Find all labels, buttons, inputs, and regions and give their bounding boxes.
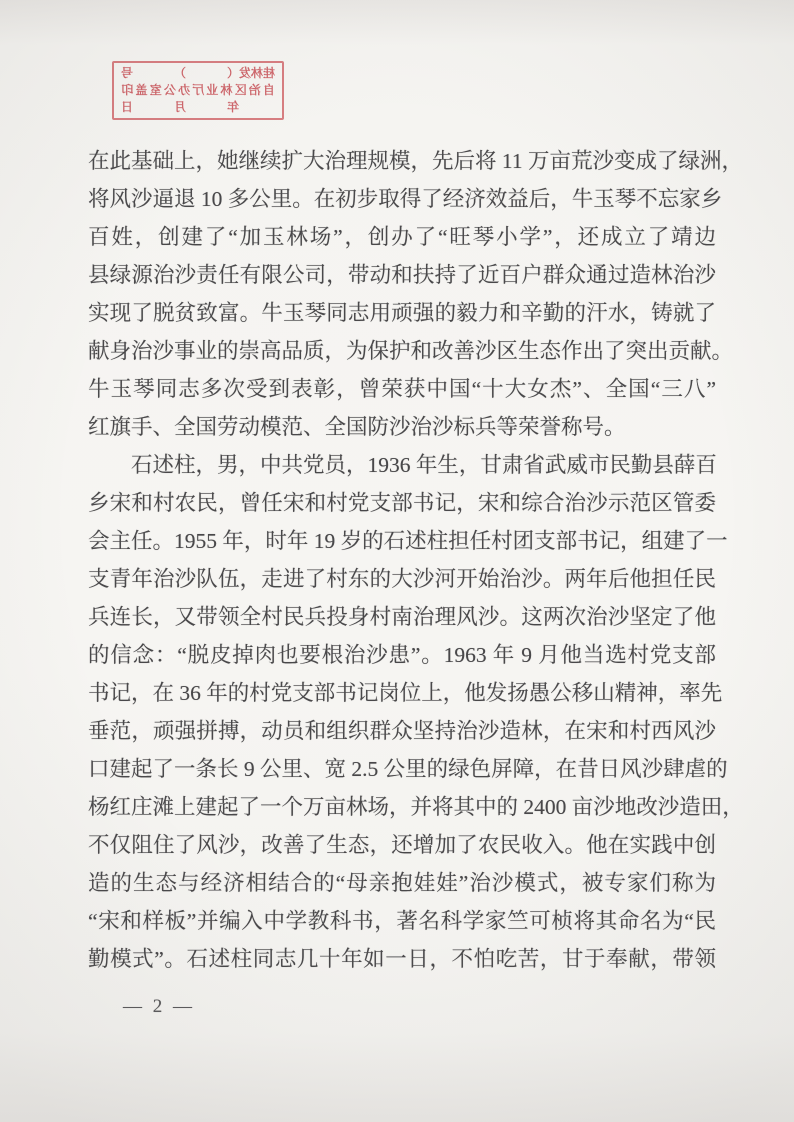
stamp-month-label: 月 xyxy=(174,100,186,114)
text-line: 书记，在 36 年的村党支部书记岗位上，他发扬愚公移山精神，率先 xyxy=(88,674,716,712)
stamp-docnumber-close-paren: ） xyxy=(174,66,186,80)
stamp-content: 桂林发（ ） 号 自治区林业厅办公室盖印 年 月 日 xyxy=(114,63,282,118)
text-line: “宋和样板”并编入中学教科书，著名科学家竺可桢将其命名为“民 xyxy=(88,902,716,940)
stamp-year-label: 年 xyxy=(227,100,239,114)
text-line: 实现了脱贫致富。牛玉琴同志用顽强的毅力和辛勤的汗水，铸就了 xyxy=(88,294,716,332)
text-line: 的信念：“脱皮掉肉也要根治沙患”。1963 年 9 月他当选村党支部 xyxy=(88,636,716,674)
scanned-document-page: 桂林发（ ） 号 自治区林业厅办公室盖印 年 月 日 在此基础上，她继续扩大治理… xyxy=(0,0,794,1122)
text-line: 支青年治沙队伍，走进了村东的大沙河开始治沙。两年后他担任民 xyxy=(88,560,716,598)
stamp-day-label: 日 xyxy=(121,100,133,114)
text-line-paragraph-end: 红旗手、全国劳动模范、全国防沙治沙标兵等荣誉称号。 xyxy=(88,408,716,446)
document-body-text: 在此基础上，她继续扩大治理规模，先后将 11 万亩荒沙变成了绿洲， 将风沙逼退 … xyxy=(88,142,716,978)
stamp-docnumber-suffix: 号 xyxy=(121,66,133,80)
text-line: 口建起了一条长 9 公里、宽 2.5 公里的绿色屏障，在昔日风沙肆虐的 xyxy=(88,750,716,788)
stamp-office-line: 自治区林业厅办公室盖印 xyxy=(121,83,275,97)
text-line: 垂范，顽强拼搏，动员和组织群众坚持治沙造林，在宋和村西风沙 xyxy=(88,712,716,750)
text-line: 将风沙逼退 10 多公里。在初步取得了经济效益后，牛玉琴不忘家乡 xyxy=(88,180,716,218)
text-line: 杨红庄滩上建起了一个万亩林场，并将其中的 2400 亩沙地改沙造田， xyxy=(88,788,716,826)
text-line: 勤模式”。石述柱同志几十年如一日，不怕吃苦，甘于奉献，带领 xyxy=(88,940,716,978)
text-line: 兵连长，又带领全村民兵投身村南治理风沙。这两次治沙坚定了他 xyxy=(88,598,716,636)
text-line: 造的生态与经济相结合的“母亲抱娃娃”治沙模式，被专家们称为 xyxy=(88,864,716,902)
page-number: — 2 — xyxy=(123,996,195,1018)
text-line: 牛玉琴同志多次受到表彰，曾荣获中国“十大女杰”、全国“三八” xyxy=(88,370,716,408)
text-line: 献身治沙事业的崇高品质，为保护和改善沙区生态作出了突出贡献。 xyxy=(88,332,716,370)
stamp-docnumber-line: 桂林发（ ） 号 xyxy=(121,66,275,80)
stamp-docnumber-prefix: 桂林发（ xyxy=(227,66,275,80)
text-line: 会主任。1955 年，时年 19 岁的石述柱担任村团支部书记，组建了一 xyxy=(88,522,716,560)
text-line: 在此基础上，她继续扩大治理规模，先后将 11 万亩荒沙变成了绿洲， xyxy=(88,142,716,180)
text-line: 百姓，创建了“加玉林场”，创办了“旺琴小学”，还成立了靖边 xyxy=(88,218,716,256)
text-line: 乡宋和村农民，曾任宋和村党支部书记，宋和综合治沙示范区管委 xyxy=(88,484,716,522)
stamp-date-line: 年 月 日 xyxy=(121,100,275,114)
text-line-paragraph-start: 石述柱，男，中共党员，1936 年生，甘肃省武威市民勤县薛百 xyxy=(88,446,716,484)
text-line: 县绿源治沙责任有限公司，带动和扶持了近百户群众通过造林治沙 xyxy=(88,256,716,294)
received-document-stamp: 桂林发（ ） 号 自治区林业厅办公室盖印 年 月 日 xyxy=(112,61,284,120)
text-line: 不仅阻住了风沙，改善了生态，还增加了农民收入。他在实践中创 xyxy=(88,826,716,864)
